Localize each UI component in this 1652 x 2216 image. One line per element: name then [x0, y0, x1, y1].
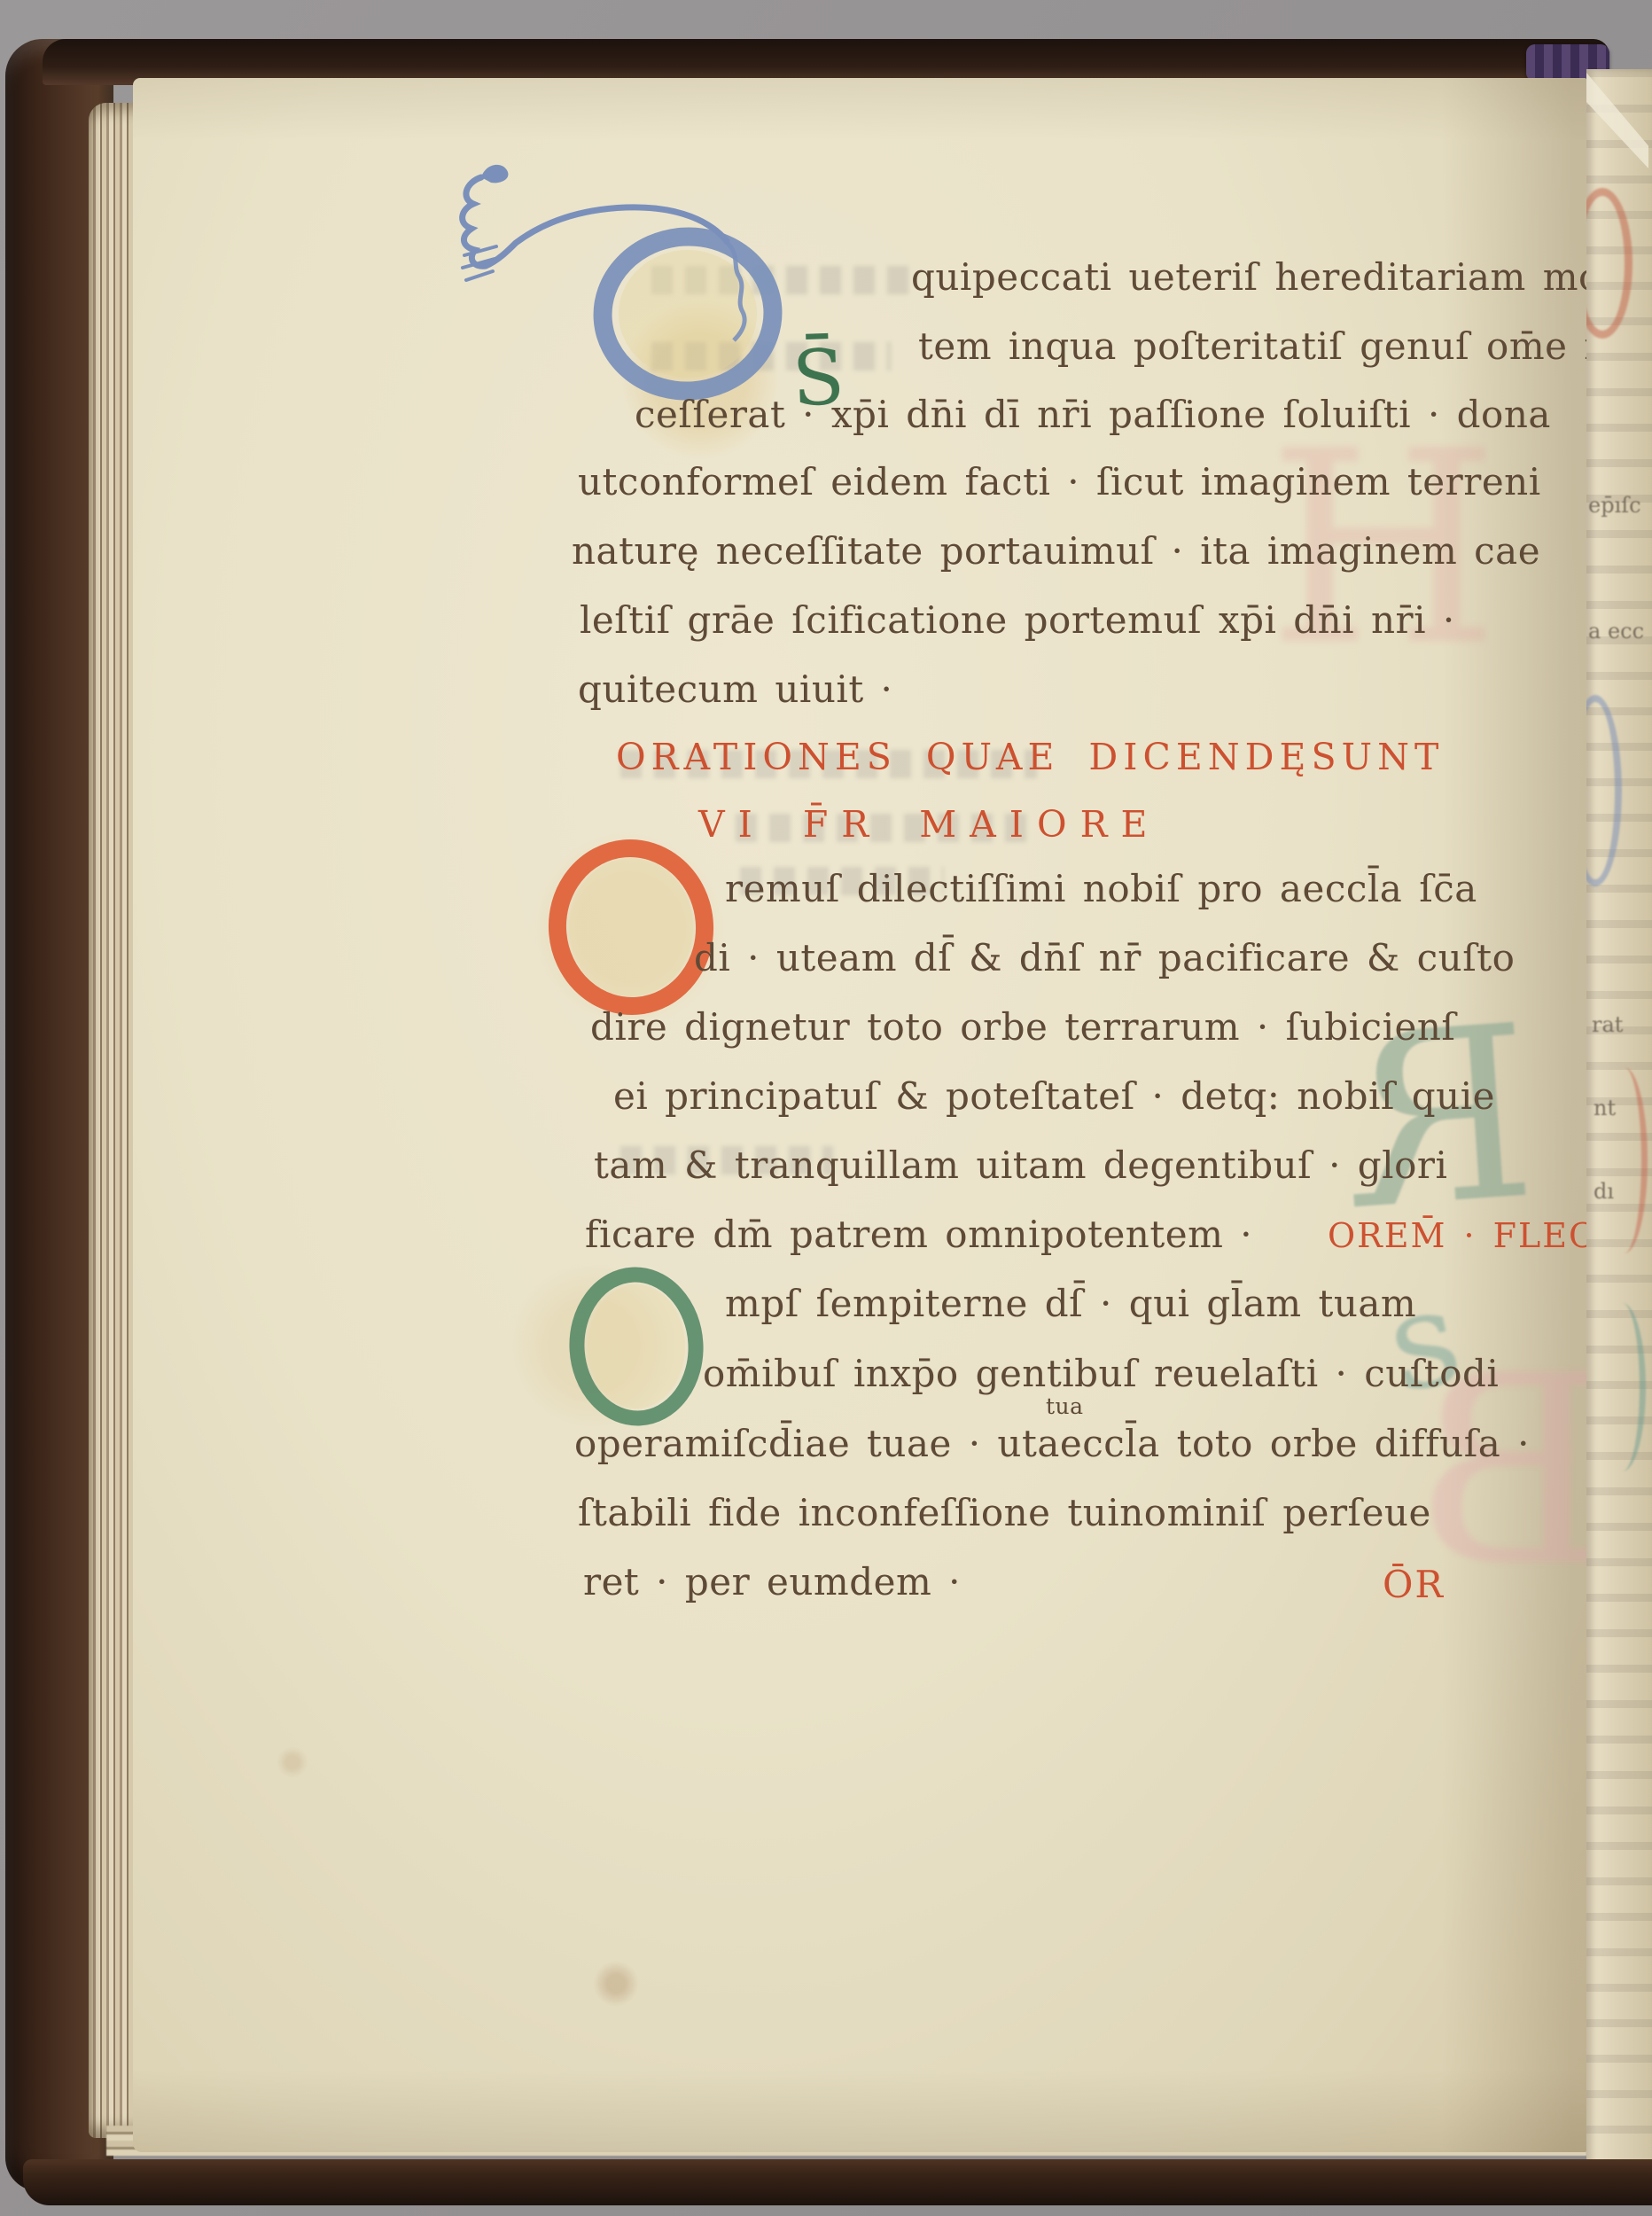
text-line-2: tem inqua poſteritatiſ genuſ om̄e ſuc — [918, 324, 1586, 368]
text-line-1: quipeccati ueteriſ hereditariam mor — [911, 255, 1586, 299]
next-page-strip: ep̄ıſc a ecc rat nt dı — [1586, 69, 1652, 2172]
text-line-15: ficare dm̄ patrem omnipotentem · — [585, 1213, 1252, 1256]
next-page-fragment: ep̄ıſc — [1588, 493, 1641, 518]
manuscript-page: H R s B S̄ quipeccati ueteriſ hereditari… — [133, 78, 1586, 2152]
text-line-13: ei principatuſ & poteſtateſ · detq: nobi… — [613, 1074, 1495, 1118]
text-line-6: leſtiſ grāe ſcificatione portemuſ xp̄i d… — [580, 598, 1455, 642]
text-line-16: mpſ ſempiterne dſ̄ · qui gl̄am tuam — [725, 1282, 1416, 1325]
text-line-11: di · uteam dſ̄ & dn̄ſ nr̄ pacificare & c… — [694, 936, 1515, 979]
text-line-19: ſtabili fide inconfeſſione tuinominiſ pe… — [578, 1491, 1431, 1534]
next-page-corner-fold — [1586, 73, 1648, 206]
next-page-blue-initial-ghost — [1586, 695, 1622, 886]
next-page-teal-bracket-ghost — [1617, 1303, 1646, 1471]
next-page-fragment: a ecc — [1588, 619, 1644, 644]
text-line-7: quitecum uiuit · — [578, 667, 892, 711]
next-page-fragment: rat — [1592, 1012, 1623, 1037]
initial-o-red-ground — [569, 858, 693, 996]
text-line-14: tam & tranquillam uitam degentibuſ · glo… — [594, 1143, 1447, 1187]
text-line-10: remuſ dilectiſſimi nobiſ pro aeccl̄a ſc̄… — [725, 867, 1477, 910]
text-line-12: dire dignetur toto orbe terrarum · ſubic… — [590, 1005, 1455, 1049]
next-page-red-bracket-ghost — [1618, 1067, 1648, 1253]
text-line-5: naturę neceſſitate portauimuſ · ita imag… — [572, 529, 1540, 573]
text-line-3: ceſſerat · xp̄i dn̄i dī nr̄i paſſione ſo… — [635, 393, 1551, 436]
next-page-fragment: nt — [1594, 1096, 1616, 1120]
rubric-line-1: ORATIONES QUAE DICENDĘSUNT — [616, 736, 1444, 778]
next-page-red-initial-ghost — [1586, 188, 1633, 339]
text-line-17: om̄ibuſ inxp̄o gentibuſ reuelaſti · cuſt… — [703, 1352, 1499, 1395]
interlinear-correction: tua — [1046, 1393, 1084, 1419]
text-line-4: utconformeſ eidem facti · ſicut imaginem… — [578, 460, 1541, 503]
next-page-fragment: dı — [1594, 1179, 1614, 1204]
photograph-backdrop: H R s B S̄ quipeccati ueteriſ hereditari… — [0, 0, 1652, 2216]
rubric-line-2: VI F̄R MAIORE — [698, 803, 1160, 846]
rubric-or-abbrev: ŌR — [1383, 1563, 1445, 1606]
initial-o-green-ground — [588, 1284, 685, 1408]
rubric-orem-flec: OREM̄ · FLEC — [1328, 1216, 1586, 1255]
pen-flourish-bird-head — [481, 165, 508, 183]
text-line-20: ret · per eumdem · — [583, 1560, 961, 1603]
leather-cover-bottom-edge — [23, 2159, 1652, 2205]
text-line-18: operamiſcd̄iae tuae · utaeccl̄a toto orb… — [574, 1422, 1530, 1465]
